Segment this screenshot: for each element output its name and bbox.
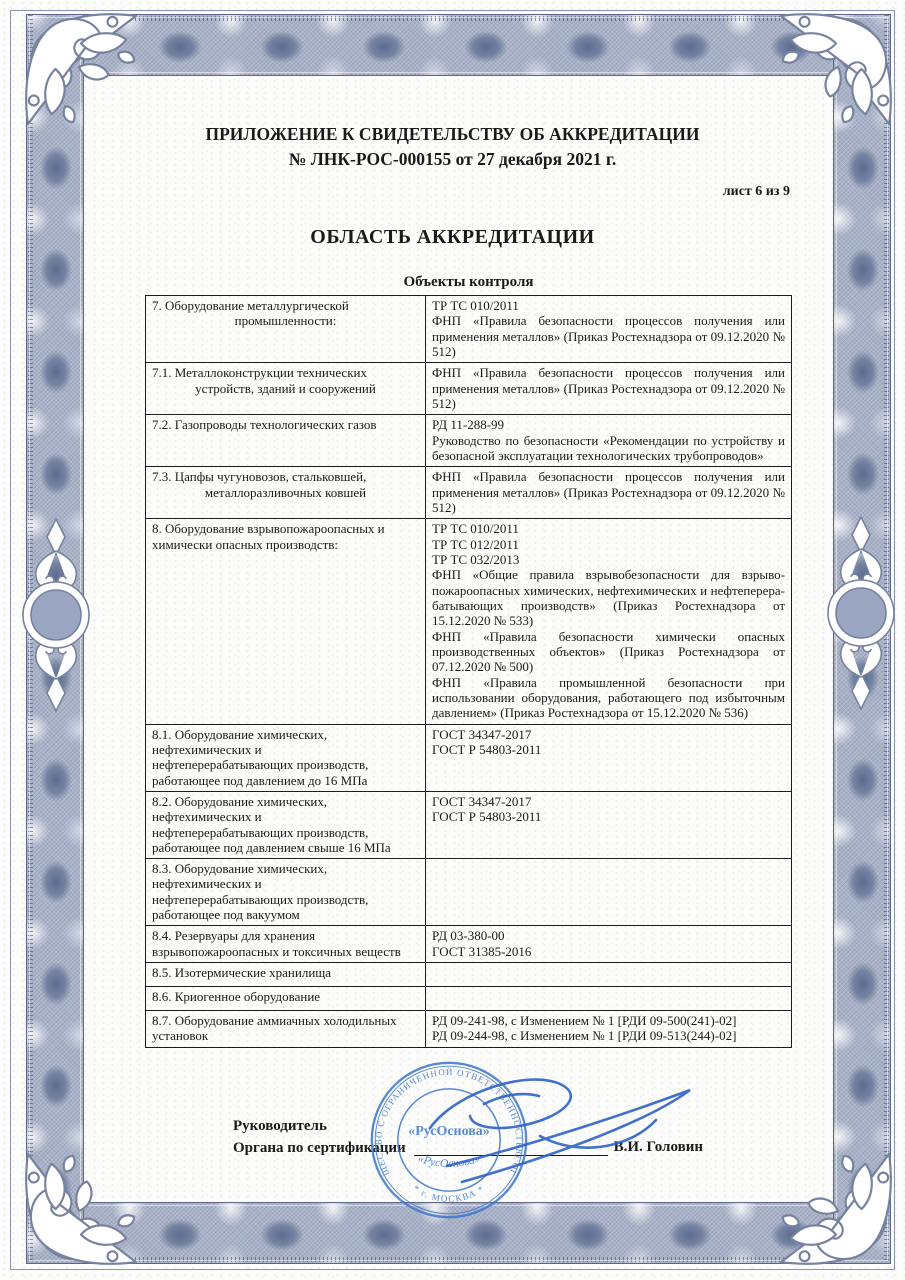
- handwritten-signature: [392, 1062, 712, 1192]
- documents-cell: ФНП «Правила безопасности процессов полу…: [426, 467, 791, 518]
- documents-cell: РД 11-288-99Руководство по безопасности …: [426, 415, 791, 466]
- document-reference: ТР ТС 012/2011: [432, 537, 785, 552]
- documents-cell: ТР ТС 010/2011ФНП «Правила безопасности …: [426, 296, 791, 362]
- object-line: металлоразливочных ковшей: [152, 485, 419, 500]
- object-line: химически опасных производств:: [152, 537, 419, 552]
- object-line: работающее под вакуумом: [152, 907, 419, 922]
- title-line-2: № ЛНК-РОС-000155 от 27 декабря 2021 г.: [90, 147, 815, 172]
- document-title: ПРИЛОЖЕНИЕ К СВИДЕТЕЛЬСТВУ ОБ АККРЕДИТАЦ…: [90, 122, 815, 173]
- document-reference: РД 09-241-98, с Изменением № 1 [РДИ 09-5…: [432, 1013, 785, 1028]
- object-line: работающее под давлением свыше 16 МПа: [152, 840, 419, 855]
- object-line: взрывопожароопасных и токсичных веществ: [152, 944, 419, 959]
- object-line: нефтехимических и: [152, 809, 419, 824]
- object-line: 7.1. Металлоконструкции технических: [152, 365, 419, 380]
- document-reference: ГОСТ 31385-2016: [432, 944, 785, 959]
- document-reference: ФНП «Правила безопасности процессов полу…: [432, 313, 785, 359]
- document-reference: ФНП «Правила безопасности процессов полу…: [432, 469, 785, 515]
- object-line: 8.2. Оборудование химических,: [152, 794, 419, 809]
- object-line: 8.7. Оборудование аммиачных холодильных: [152, 1013, 419, 1028]
- object-cell: 8.3. Оборудование химических,нефтехимиче…: [146, 859, 426, 925]
- documents-cell: [426, 859, 791, 925]
- object-line: 8.6. Криогенное оборудование: [152, 989, 419, 1004]
- object-cell: 7.3. Цапфы чугуновозов, стальковшей,мета…: [146, 467, 426, 518]
- object-cell: 8.4. Резервуары для хранениявзрывопожаро…: [146, 926, 426, 962]
- document-reference: Руководство по безопасности «Рекомендаци…: [432, 433, 785, 464]
- document-reference: ГОСТ 34347-2017: [432, 794, 785, 809]
- documents-cell: ГОСТ 34347-2017ГОСТ Р 54803-2011: [426, 725, 791, 791]
- table-row: 8.2. Оборудование химических,нефтехимиче…: [146, 791, 791, 858]
- object-cell: 7.2. Газопроводы технологических газов: [146, 415, 426, 466]
- document-reference: ТР ТС 010/2011: [432, 298, 785, 313]
- table-row: 8.4. Резервуары для хранениявзрывопожаро…: [146, 925, 791, 962]
- table-row: 7.2. Газопроводы технологических газовРД…: [146, 414, 791, 466]
- object-line: 8.4. Резервуары для хранения: [152, 928, 419, 943]
- table-row: 8.6. Криогенное оборудование: [146, 986, 791, 1010]
- sheet-number: лист 6 из 9: [723, 184, 790, 200]
- object-line: промышленности:: [152, 313, 419, 328]
- document-reference: ФНП «Правила безопасности процессов полу…: [432, 365, 785, 411]
- object-cell: 7.1. Металлоконструкции техническихустро…: [146, 363, 426, 414]
- table-row: 7.1. Металлоконструкции техническихустро…: [146, 362, 791, 414]
- table-caption: Объекты контроля: [145, 274, 792, 291]
- section-title: ОБЛАСТЬ АККРЕДИТАЦИИ: [90, 226, 815, 249]
- object-line: 8.1. Оборудование химических,: [152, 727, 419, 742]
- document-reference: РД 03-380-00: [432, 928, 785, 943]
- object-line: 8.5. Изотермические хранилища: [152, 965, 419, 980]
- object-line: нефтеперерабатывающих производств,: [152, 825, 419, 840]
- table-row: 7.3. Цапфы чугуновозов, стальковшей,мета…: [146, 466, 791, 518]
- document-reference: ТР ТС 032/2013: [432, 552, 785, 567]
- title-line-1: ПРИЛОЖЕНИЕ К СВИДЕТЕЛЬСТВУ ОБ АККРЕДИТАЦ…: [90, 122, 815, 147]
- object-cell: 8.5. Изотермические хранилища: [146, 963, 426, 986]
- object-line: работающее под давлением до 16 МПа: [152, 773, 419, 788]
- object-line: нефтеперерабатывающих производств,: [152, 892, 419, 907]
- object-line: 7. Оборудование металлургической: [152, 298, 419, 313]
- object-cell: 8.7. Оборудование аммиачных холодильныху…: [146, 1011, 426, 1047]
- table-row: 7. Оборудование металлургическойпромышле…: [146, 296, 791, 362]
- document-reference: ФНП «Общие правила взрывобезопасности дл…: [432, 567, 785, 628]
- object-line: 7.3. Цапфы чугуновозов, стальковшей,: [152, 469, 419, 484]
- documents-cell: ФНП «Правила безопасности процессов полу…: [426, 363, 791, 414]
- object-line: нефтеперерабатывающих производств,: [152, 757, 419, 772]
- document-reference: РД 11-288-99: [432, 417, 785, 432]
- object-line: 8.3. Оборудование химических,: [152, 861, 419, 876]
- object-cell: 8.6. Криогенное оборудование: [146, 987, 426, 1010]
- table-row: 8.7. Оборудование аммиачных холодильныху…: [146, 1010, 791, 1047]
- document-reference: ГОСТ Р 54803-2011: [432, 742, 785, 757]
- document-reference: ГОСТ Р 54803-2011: [432, 809, 785, 824]
- object-line: нефтехимических и: [152, 876, 419, 891]
- object-line: устройств, зданий и сооружений: [152, 381, 419, 396]
- documents-cell: [426, 963, 791, 986]
- object-line: 8. Оборудование взрывопожароопасных и: [152, 521, 419, 536]
- table-row: 8.5. Изотермические хранилища: [146, 962, 791, 986]
- documents-cell: [426, 987, 791, 1010]
- document-reference: ФНП «Правила безопасности химически опас…: [432, 629, 785, 675]
- documents-cell: ГОСТ 34347-2017ГОСТ Р 54803-2011: [426, 792, 791, 858]
- object-cell: 8.2. Оборудование химических,нефтехимиче…: [146, 792, 426, 858]
- object-line: 7.2. Газопроводы технологических газов: [152, 417, 419, 432]
- object-cell: 7. Оборудование металлургическойпромышле…: [146, 296, 426, 362]
- document-reference: РД 09-244-98, с Изменением № 1 [РДИ 09-5…: [432, 1028, 785, 1043]
- document-reference: ФНП «Правила промышленной безопасности п…: [432, 675, 785, 721]
- table-row: 8.1. Оборудование химических,нефтехимиче…: [146, 724, 791, 791]
- documents-cell: РД 09-241-98, с Изменением № 1 [РДИ 09-5…: [426, 1011, 791, 1047]
- document-reference: ГОСТ 34347-2017: [432, 727, 785, 742]
- object-line: установок: [152, 1028, 419, 1043]
- document-reference: ТР ТС 010/2011: [432, 521, 785, 536]
- accreditation-table: 7. Оборудование металлургическойпромышле…: [145, 295, 792, 1048]
- table-row: 8. Оборудование взрывопожароопасных ихим…: [146, 518, 791, 723]
- documents-cell: РД 03-380-00ГОСТ 31385-2016: [426, 926, 791, 962]
- object-cell: 8. Оборудование взрывопожароопасных ихим…: [146, 519, 426, 723]
- certificate-page: ПРИЛОЖЕНИЕ К СВИДЕТЕЛЬСТВУ ОБ АККРЕДИТАЦ…: [0, 0, 905, 1280]
- documents-cell: ТР ТС 010/2011ТР ТС 012/2011ТР ТС 032/20…: [426, 519, 791, 723]
- table-row: 8.3. Оборудование химических,нефтехимиче…: [146, 858, 791, 925]
- object-line: нефтехимических и: [152, 742, 419, 757]
- object-cell: 8.1. Оборудование химических,нефтехимиче…: [146, 725, 426, 791]
